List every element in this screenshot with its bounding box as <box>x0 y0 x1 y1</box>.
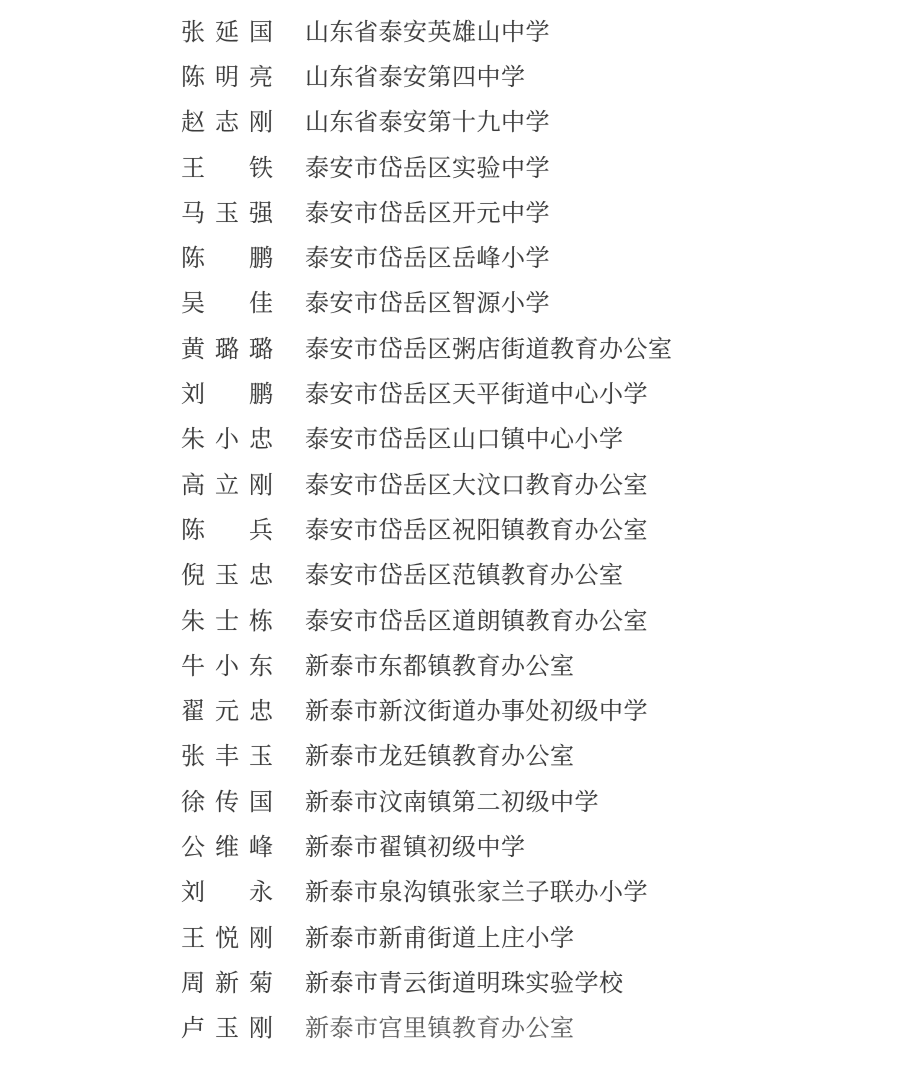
organization-name: 泰安市岱岳区祝阳镇教育办公室 <box>305 519 648 543</box>
roster-row: 高立刚 泰安市岱岳区大汶口教育办公室 <box>0 463 900 508</box>
person-name: 王 铁 <box>181 157 273 181</box>
person-name: 刘 永 <box>181 881 273 905</box>
person-name: 赵志刚 <box>181 111 273 135</box>
roster-page: 张延国 山东省泰安英雄山中学 陈明亮 山东省泰安第四中学 赵志刚 山东省泰安第十… <box>0 0 900 1065</box>
roster-row: 公维峰 新泰市翟镇初级中学 <box>0 825 900 870</box>
roster-row: 周新菊 新泰市青云街道明珠实验学校 <box>0 961 900 1006</box>
person-name: 周新菊 <box>181 972 273 996</box>
roster-row: 赵志刚 山东省泰安第十九中学 <box>0 101 900 146</box>
roster-row: 牛小东 新泰市东都镇教育办公室 <box>0 644 900 689</box>
person-name: 吴 佳 <box>181 292 273 316</box>
organization-name: 新泰市新汶街道办事处初级中学 <box>305 700 648 724</box>
roster-row: 刘 鹏 泰安市岱岳区天平街道中心小学 <box>0 372 900 417</box>
organization-name: 泰安市岱岳区智源小学 <box>305 292 550 316</box>
person-name: 黄璐璐 <box>181 338 273 362</box>
organization-name: 泰安市岱岳区大汶口教育办公室 <box>305 474 648 498</box>
roster-row: 吴 佳 泰安市岱岳区智源小学 <box>0 282 900 327</box>
person-name: 王悦刚 <box>181 927 273 951</box>
organization-name: 泰安市岱岳区粥店街道教育办公室 <box>305 338 673 362</box>
person-name: 徐传国 <box>181 791 273 815</box>
person-name: 牛小东 <box>181 655 273 679</box>
person-name: 刘 鹏 <box>181 383 273 407</box>
person-name: 公维峰 <box>181 836 273 860</box>
person-name: 高立刚 <box>181 474 273 498</box>
roster-row: 张丰玉 新泰市龙廷镇教育办公室 <box>0 735 900 780</box>
person-name: 朱小忠 <box>181 428 273 452</box>
person-name: 倪玉忠 <box>181 564 273 588</box>
organization-name: 新泰市青云街道明珠实验学校 <box>305 972 624 996</box>
organization-name: 山东省泰安第十九中学 <box>305 111 550 135</box>
organization-name: 泰安市岱岳区岳峰小学 <box>305 247 550 271</box>
organization-name: 新泰市翟镇初级中学 <box>305 836 526 860</box>
roster-row: 刘 永 新泰市泉沟镇张家兰子联办小学 <box>0 871 900 916</box>
person-name: 张延国 <box>181 21 273 45</box>
organization-name: 新泰市泉沟镇张家兰子联办小学 <box>305 881 648 905</box>
person-name: 朱士栋 <box>181 610 273 634</box>
person-name: 翟元忠 <box>181 700 273 724</box>
organization-name: 新泰市东都镇教育办公室 <box>305 655 575 679</box>
organization-name: 新泰市宫里镇教育办公室 <box>305 1017 575 1041</box>
person-name: 卢玉刚 <box>181 1017 273 1041</box>
person-name: 陈 兵 <box>181 519 273 543</box>
person-name: 陈明亮 <box>181 66 273 90</box>
roster-row: 马玉强 泰安市岱岳区开元中学 <box>0 191 900 236</box>
roster-row: 翟元忠 新泰市新汶街道办事处初级中学 <box>0 689 900 734</box>
organization-name: 山东省泰安第四中学 <box>305 66 526 90</box>
roster-row: 徐传国 新泰市汶南镇第二初级中学 <box>0 780 900 825</box>
person-name: 马玉强 <box>181 202 273 226</box>
roster-row: 张延国 山东省泰安英雄山中学 <box>0 10 900 55</box>
organization-name: 新泰市新甫街道上庄小学 <box>305 927 575 951</box>
roster-row: 黄璐璐 泰安市岱岳区粥店街道教育办公室 <box>0 327 900 372</box>
organization-name: 新泰市汶南镇第二初级中学 <box>305 791 599 815</box>
roster-row: 卢玉刚 新泰市宫里镇教育办公室 <box>0 1007 900 1052</box>
roster-row: 陈明亮 山东省泰安第四中学 <box>0 55 900 100</box>
roster-row: 朱小忠 泰安市岱岳区山口镇中心小学 <box>0 418 900 463</box>
roster-row: 倪玉忠 泰安市岱岳区范镇教育办公室 <box>0 554 900 599</box>
organization-name: 泰安市岱岳区开元中学 <box>305 202 550 226</box>
organization-name: 山东省泰安英雄山中学 <box>305 21 550 45</box>
roster-row: 陈 兵 泰安市岱岳区祝阳镇教育办公室 <box>0 508 900 553</box>
organization-name: 泰安市岱岳区范镇教育办公室 <box>305 564 624 588</box>
organization-name: 泰安市岱岳区山口镇中心小学 <box>305 428 624 452</box>
person-name: 张丰玉 <box>181 745 273 769</box>
roster-row: 朱士栋 泰安市岱岳区道朗镇教育办公室 <box>0 599 900 644</box>
roster-row: 陈 鹏 泰安市岱岳区岳峰小学 <box>0 236 900 281</box>
roster-row: 王 铁 泰安市岱岳区实验中学 <box>0 146 900 191</box>
organization-name: 新泰市龙廷镇教育办公室 <box>305 745 575 769</box>
person-name: 陈 鹏 <box>181 247 273 271</box>
organization-name: 泰安市岱岳区实验中学 <box>305 157 550 181</box>
roster-row: 王悦刚 新泰市新甫街道上庄小学 <box>0 916 900 961</box>
organization-name: 泰安市岱岳区天平街道中心小学 <box>305 383 648 407</box>
organization-name: 泰安市岱岳区道朗镇教育办公室 <box>305 610 648 634</box>
